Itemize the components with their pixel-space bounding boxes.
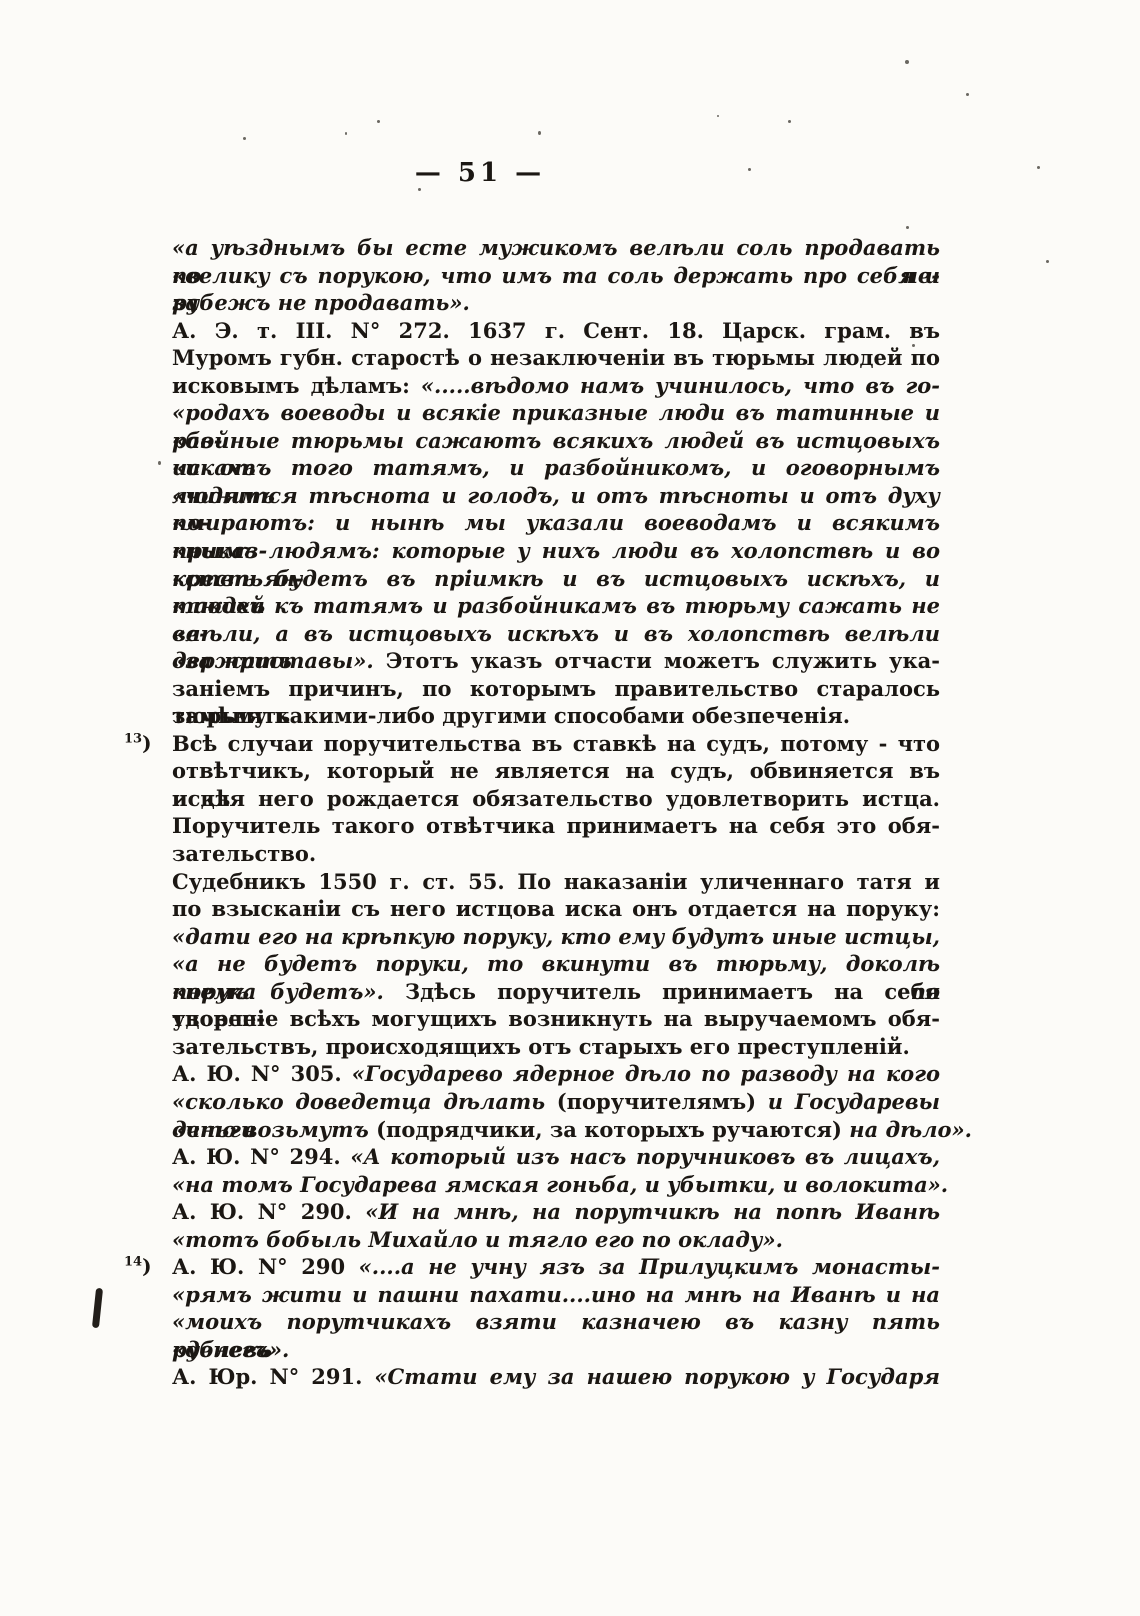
text-line: «моихъ порутчикахъ взяти казначею въ каз… [172,1308,940,1336]
text-line: Муромъ губн. старостѣ о незаключеніи въ … [172,344,940,372]
quoted-italic-text: на дѣло». [842,1117,972,1142]
text-line: твореніе всѣхъ могущихъ возникнуть на вы… [172,1005,940,1033]
text-line: «за приставы». Этотъ указъ отчасти может… [172,647,940,675]
quoted-italic-text: «А который изъ насъ поручниковъ въ лицах… [350,1144,940,1169]
roman-text: А. Ю. N° 294. [172,1144,350,1169]
ink-speck [966,93,969,96]
text-line: «велику съ порукою, что имъ та соль держ… [172,262,940,290]
quoted-italic-text: «на томъ Государева ямская гоньба, и убы… [172,1172,948,1197]
quoted-italic-text: «.....вѣдомо намъ учинилось, что въ го- [421,373,940,398]
scanned-book-page: — 51 — «а уѣзднымъ бы есте мужикомъ велѣ… [0,0,1140,1616]
text-line: «денегъ». [172,1336,940,1364]
ink-speck [748,168,751,171]
text-line: «нымъ людямъ: которые у нихъ люди въ хол… [172,537,940,565]
roman-text: А. Ю. N° 305. [172,1061,352,1086]
footnote-marker: 14) [124,1253,152,1281]
ink-stroke-mark [92,1288,103,1329]
page-number: — 51 — [140,158,820,188]
text-line: А. Ю. N° 305. «Государево ядерное дѣло п… [172,1060,940,1088]
ink-speck [538,131,541,135]
text-line: А. Ю. N° 290. «И на мнѣ, на порутчикѣ на… [172,1198,940,1226]
ink-speck [1046,260,1049,263]
text-line: и для него рождается обязательство удовл… [172,785,940,813]
quoted-italic-text: «за приставы». [172,648,386,673]
roman-text: (подрядчики, за которыхъ ручаются) [376,1117,842,1142]
quoted-italic-text: «что возьмутъ [172,1117,376,1142]
text-line: Судебникъ 1550 г. ст. 55. По наказаніи у… [172,868,940,896]
ink-speck [243,137,246,140]
text-line: заніемъ причинъ, по которымъ правительст… [172,675,940,703]
ink-speck [788,120,791,123]
text-line: «на томъ Государева ямская гоньба, и убы… [172,1171,940,1199]
ink-speck [905,60,909,64]
roman-text: А. Ю. N° 290 [172,1254,359,1279]
text-line: рубежъ не продавать». [172,289,940,317]
ink-speck [345,132,347,135]
text-line: «лѣли, а въ истцовыхъ искѣхъ и въ холопс… [172,620,940,648]
text-line: А. Ю. N° 294. «А который изъ насъ поручн… [172,1143,940,1171]
roman-text: исковымъ дѣламъ: [172,373,421,398]
text-line: 14)А. Ю. N° 290 «....а не учну язъ за Пр… [172,1253,940,1281]
text-line: «людей къ татямъ и разбойникамъ въ тюрьм… [172,592,940,620]
text-line: «дати его на крѣпкую поруку, кто ему буд… [172,923,940,951]
text-line: «немъ будетъ». Здѣсь поручитель принимае… [172,978,940,1006]
quoted-italic-text: «И на мнѣ, на порутчикѣ на попѣ Иванѣ [365,1199,940,1224]
text-line: «а не будетъ поруки, то вкинути въ тюрьм… [172,950,940,978]
roman-text: тюрьму какими-либо другими способами обе… [172,703,850,728]
ink-speck [377,120,380,123]
quoted-italic-text: «....а не учну язъ за Прилуцкимъ монасты… [359,1254,940,1279]
text-line: «рямъ жити и пашни пахати....ино на мнѣ … [172,1281,940,1309]
ink-speck [912,344,915,347]
quoted-italic-text: «Стати ему за нашею порукою у Государя [374,1364,940,1389]
text-line: «а уѣзднымъ бы есте мужикомъ велѣли соль… [172,234,940,262]
ink-speck [158,461,161,465]
roman-text: А. Ю. N° 290. [172,1199,365,1224]
text-line: отвѣтчикъ, который не является на судъ, … [172,757,940,785]
quoted-italic-text: «тотъ бобыль Михайло и тягло его по окла… [172,1227,783,1252]
text-line: А. Юр. N° 291. «Стати ему за нашею порук… [172,1363,940,1391]
roman-text: Этотъ указъ отчасти можетъ служить ука- [386,648,940,673]
text-line: «ствѣ будетъ въ пріимкѣ и въ истцовыхъ и… [172,565,940,593]
roman-text: (поручителямъ) [557,1089,756,1114]
ink-speck [1037,166,1040,169]
text-line: «и отъ того татямъ, и разбойникомъ, и ог… [172,454,940,482]
roman-text: Всѣ случаи поручительства въ ставкѣ на с… [172,731,940,756]
roman-text: зательство. [172,841,316,866]
roman-text: Поручитель такого отвѣтчика принимаетъ н… [172,813,940,838]
text-line: 13)Всѣ случаи поручительства въ ставкѣ н… [172,730,940,758]
roman-text: А. Э. т. III. N° 272. 1637 г. Сент. 18. … [172,318,940,343]
quoted-italic-text: «дати его на крѣпкую поруку, кто ему буд… [172,924,940,949]
text-line: зательствъ, происходящихъ отъ старыхъ ег… [172,1033,940,1061]
roman-text: Судебникъ 1550 г. ст. 55. По наказаніи у… [172,869,940,894]
roman-text: А. Юр. N° 291. [172,1364,374,1389]
text-line: «что возьмутъ (подрядчики, за которыхъ р… [172,1116,940,1144]
text-line: «родахъ воеводы и всякіе приказные люди … [172,399,940,427]
text-line: «бойные тюрьмы сажаютъ всякихъ людей въ … [172,427,940,455]
roman-text: Муромъ губн. старостѣ о незаключеніи въ … [172,345,940,370]
text-line: «чинится тѣснота и голодъ, и отъ тѣсноты… [172,482,940,510]
roman-text: по взысканіи съ него истцова иска онъ от… [172,896,940,921]
ink-speck [717,115,719,117]
quoted-italic-text: рубежъ не продавать». [172,290,470,315]
text-block: «а уѣзднымъ бы есте мужикомъ велѣли соль… [172,234,940,1391]
text-line: «мираютъ: и нынѣ мы указали воеводамъ и … [172,509,940,537]
text-line: зательство. [172,840,940,868]
text-line: тюрьму какими-либо другими способами обе… [172,702,940,730]
quoted-italic-text: «сколько доведетца дѣлать [172,1089,557,1114]
quoted-italic-text: «немъ будетъ». [172,979,405,1004]
quoted-italic-text: «денегъ». [172,1337,289,1362]
ink-speck [418,188,421,191]
ink-speck [906,226,909,229]
text-line: исковымъ дѣламъ: «.....вѣдомо намъ учини… [172,372,940,400]
roman-text: зательствъ, происходящихъ отъ старыхъ ег… [172,1034,910,1059]
text-line: А. Э. т. III. N° 272. 1637 г. Сент. 18. … [172,317,940,345]
text-line: Поручитель такого отвѣтчика принимаетъ н… [172,812,940,840]
text-line: по взысканіи съ него истцова иска онъ от… [172,895,940,923]
roman-text: твореніе всѣхъ могущихъ возникнуть на вы… [172,1006,940,1031]
quoted-italic-text: «рямъ жити и пашни пахати....ино на мнѣ … [172,1282,940,1307]
roman-text: и для него рождается обязательство удовл… [172,786,940,811]
quoted-italic-text: «Государево ядерное дѣло по разводу на к… [352,1061,940,1086]
footnote-marker: 13) [124,730,152,758]
text-line: «сколько доведетца дѣлать (поручителямъ)… [172,1088,940,1116]
text-line: «тотъ бобыль Михайло и тягло его по окла… [172,1226,940,1254]
